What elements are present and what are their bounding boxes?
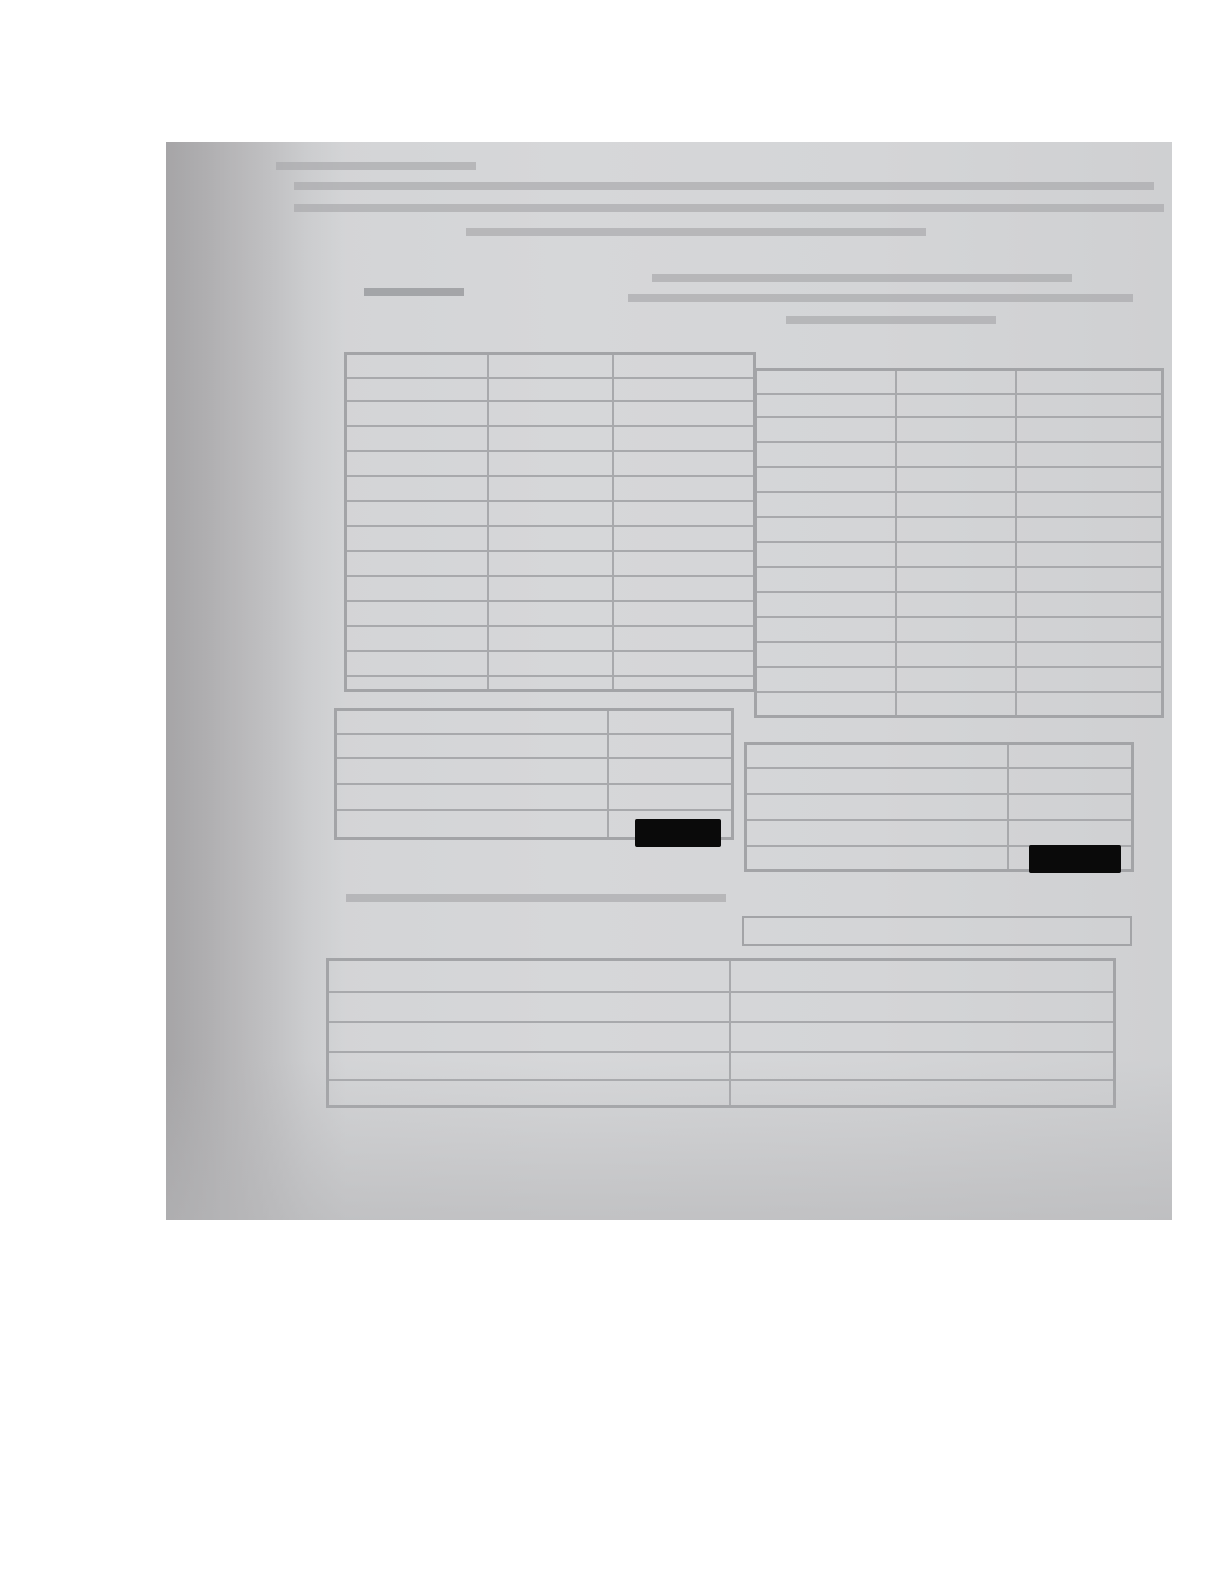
summary-a xyxy=(334,708,734,840)
redacted-value xyxy=(1029,845,1121,873)
document-photo: [illegible] [illegible] [illegible] [ill… xyxy=(166,142,1172,1220)
redacted-value xyxy=(635,819,721,847)
summary-b xyxy=(744,742,1134,872)
section-d: [illegible] xyxy=(326,958,1116,1108)
table-b: [illegible] xyxy=(754,368,1164,718)
table-a: [illegible] xyxy=(344,352,756,692)
